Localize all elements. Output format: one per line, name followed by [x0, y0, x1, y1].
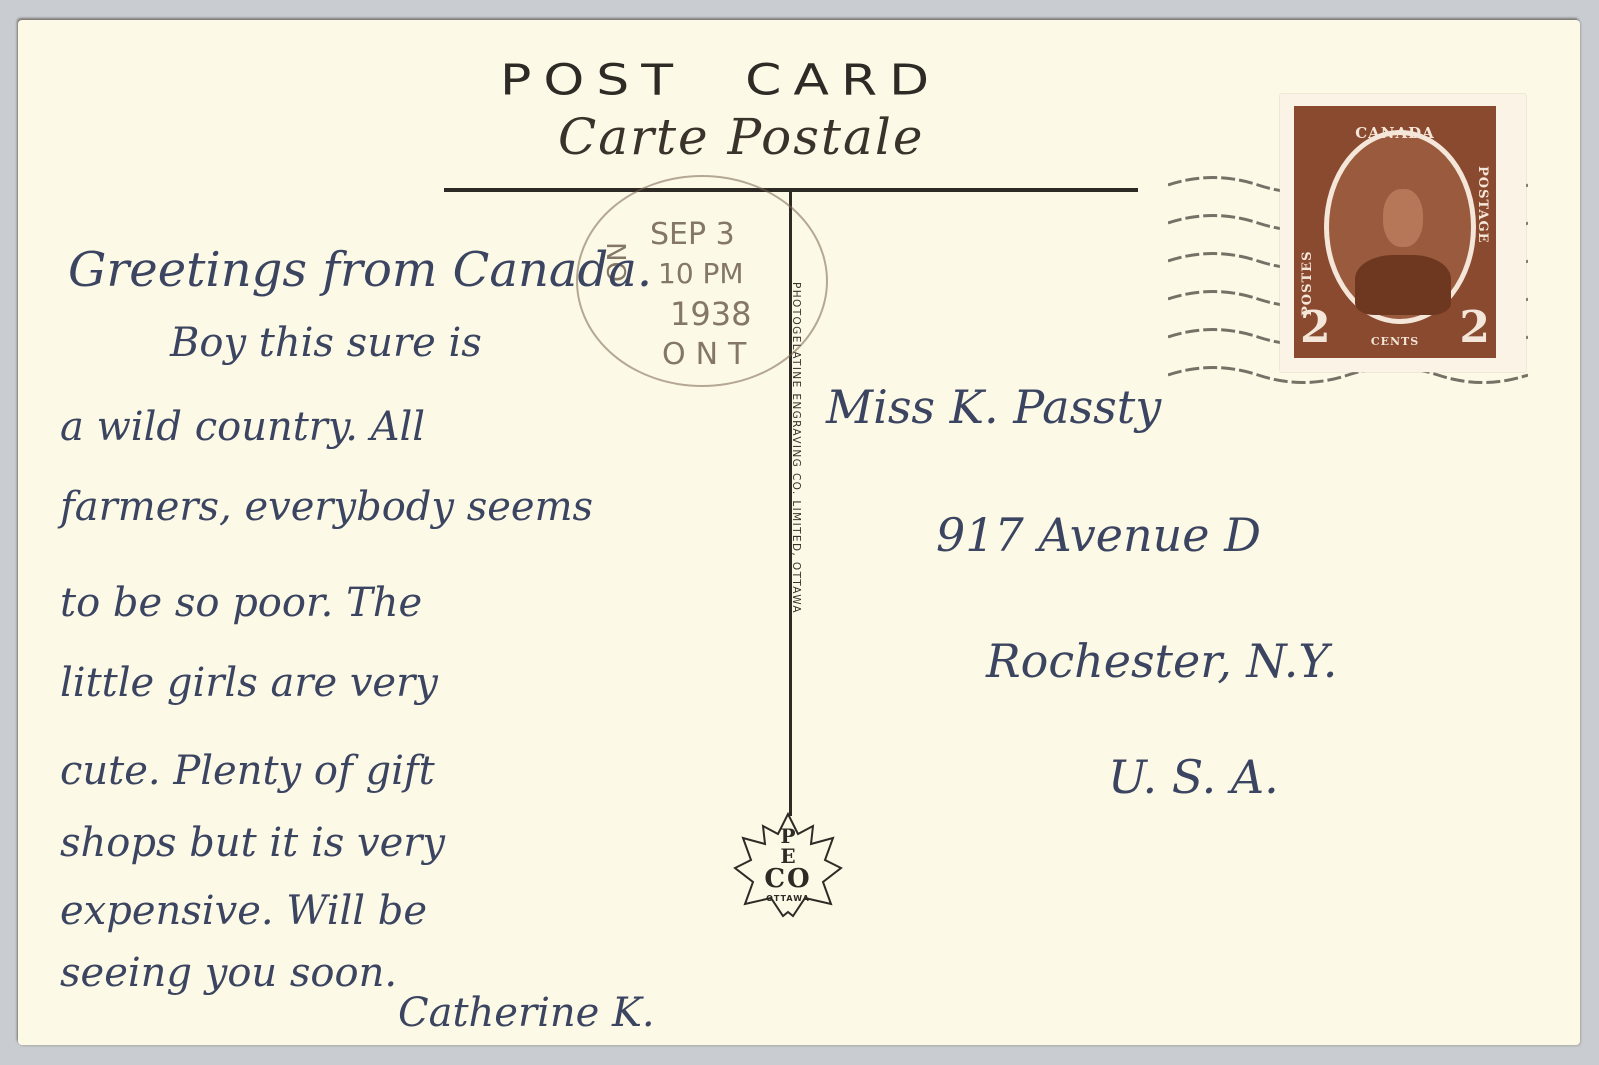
postage-stamp: CANADA POSTES POSTAGE 2 2 CENTS [1280, 94, 1526, 372]
postmark-time: 10 PM [658, 257, 744, 290]
message-line-9: expensive. Will be [60, 888, 427, 934]
message-line-7: cute. Plenty of gift [60, 748, 435, 794]
address-street: 917 Avenue D [936, 508, 1261, 562]
address-name: Miss K. Passty [826, 380, 1161, 434]
stamp-frame: CANADA POSTES POSTAGE 2 2 CENTS [1294, 106, 1496, 358]
message-line-6: little girls are very [60, 660, 438, 706]
stamp-postage: POSTAGE [1475, 166, 1490, 316]
message-line-2: Boy this sure is [170, 320, 482, 366]
message-line-5: to be so poor. The [60, 580, 422, 626]
logo-letter-e: E [733, 846, 843, 866]
stamp-postes: POSTES [1300, 166, 1315, 316]
peco-logo: P E CO OTTAWA [733, 812, 843, 932]
portrait-shoulders-icon [1355, 255, 1451, 315]
logo-city: OTTAWA [733, 894, 843, 903]
message-line-8: shops but it is very [60, 820, 445, 866]
message-line-4: farmers, everybody seems [60, 484, 593, 530]
stamp-denomination: CENTS [1294, 335, 1496, 348]
postcard-back: POST CARD Carte Postale PHOTOGELATINE EN… [18, 20, 1580, 1045]
logo-letters-co: CO [733, 866, 843, 892]
message-line-1: Greetings from Canada. [68, 242, 652, 298]
stamp-country: CANADA [1294, 124, 1496, 142]
address-city: Rochester, N.Y. [986, 634, 1337, 688]
postmark-province: ONT [662, 337, 756, 372]
address-country: U. S. A. [1108, 750, 1279, 804]
signature: Catherine K. [398, 990, 655, 1036]
postmark-date: SEP 3 [650, 217, 735, 252]
carte-postale-heading: Carte Postale [558, 108, 924, 166]
stamp-portrait-oval [1324, 130, 1476, 324]
heading-card: CARD [745, 56, 941, 105]
message-line-3: a wild country. All [60, 404, 425, 450]
postmark-year: 1938 [670, 295, 751, 333]
post-card-heading: POST CARD [500, 56, 1120, 116]
portrait-head-icon [1383, 189, 1423, 247]
heading-post: POST [500, 56, 685, 105]
message-line-10: seeing you soon. [60, 950, 397, 996]
logo-letter-p: P [733, 826, 843, 846]
